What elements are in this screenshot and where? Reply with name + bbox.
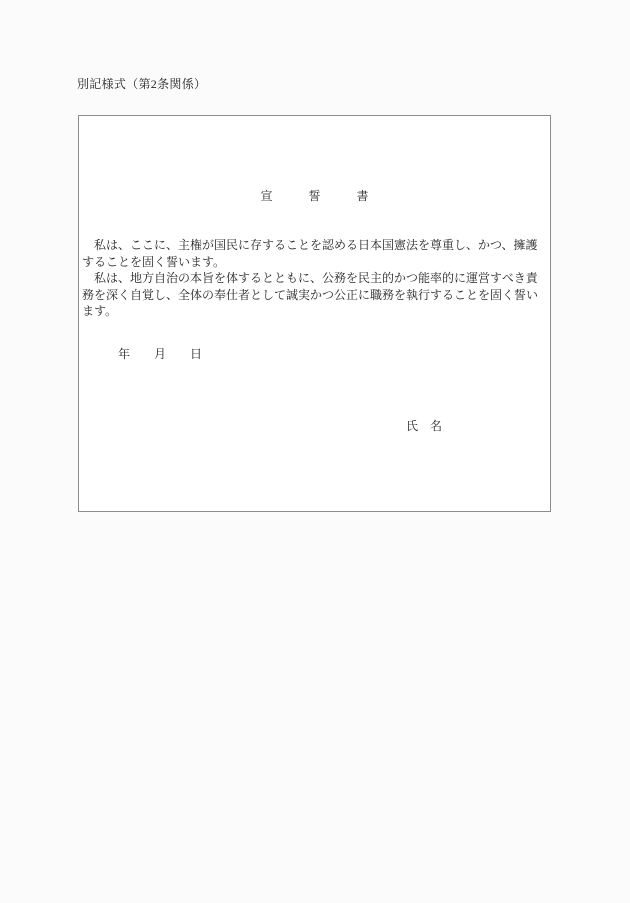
oath-form-box: 宣 誓 書 私は、ここに、主権が国民に存することを認める日本国憲法を尊重し、かつ… [78,115,551,512]
name-line: 氏 名 [406,418,442,434]
document-page: 別記様式（第2条関係） 宣 誓 書 私は、ここに、主権が国民に存することを認める… [0,0,630,903]
oath-body: 私は、ここに、主権が国民に存することを認める日本国憲法を尊重し、かつ、擁護 する… [82,237,547,320]
oath-paragraph-2: 私は、地方自治の本旨を体するとともに、公務を民主的かつ能率的に運営すべき責 務を… [82,270,547,320]
date-line: 年 月 日 [118,346,202,362]
oath-paragraph-1: 私は、ここに、主権が国民に存することを認める日本国憲法を尊重し、かつ、擁護 する… [82,237,547,270]
oath-title: 宣 誓 書 [79,188,550,204]
form-style-label: 別記様式（第2条関係） [77,77,206,92]
